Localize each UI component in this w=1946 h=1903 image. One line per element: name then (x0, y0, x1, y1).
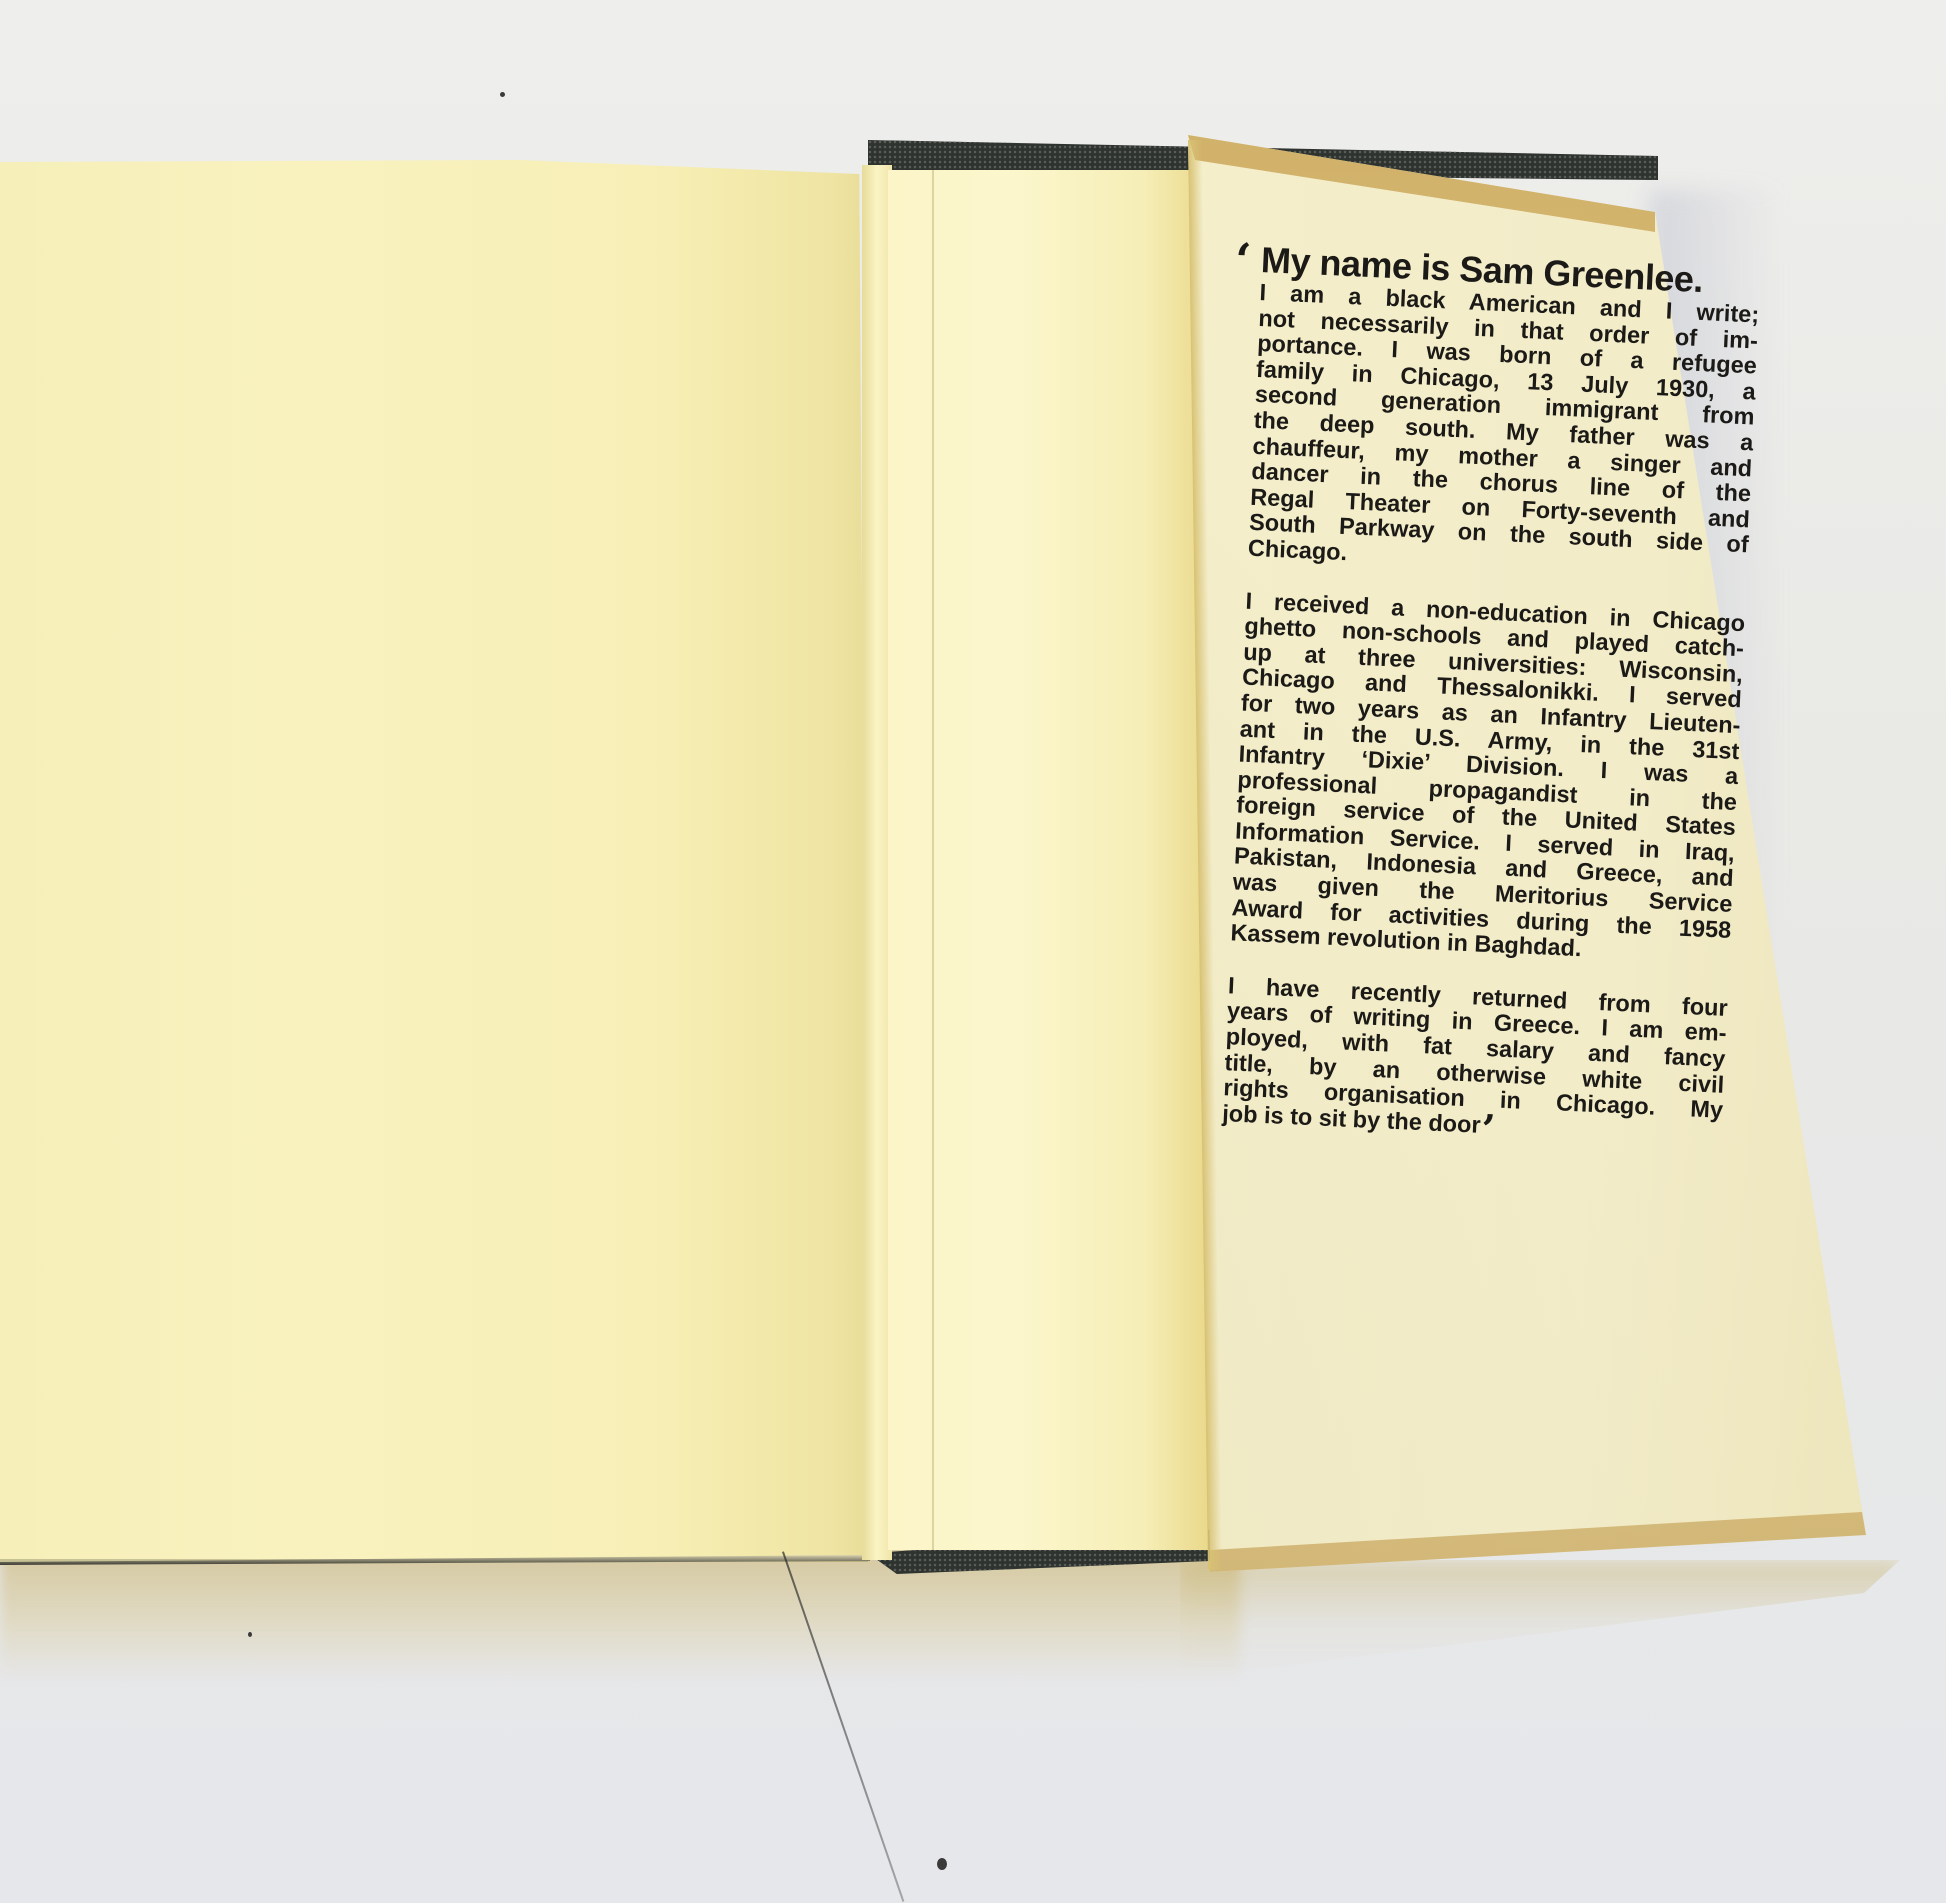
surface-speck (248, 1632, 252, 1637)
bio-paragraph-2: I received a non-education in Chicago gh… (1230, 588, 1746, 969)
surface-speck (500, 92, 505, 97)
blank-endpaper-left (0, 160, 868, 1562)
flap-bottom-shadow (1180, 1560, 1900, 1670)
surface-speck (937, 1858, 947, 1870)
photo-scene: ‘ My name is Sam Greenlee. I am a black … (0, 0, 1946, 1903)
close-quote-mark: ’ (1480, 1106, 1496, 1154)
hinge-crease (932, 170, 934, 1550)
bio-paragraph-3: I have recently returned from four years… (1222, 973, 1728, 1149)
open-quote-mark: ‘ (1234, 237, 1252, 284)
author-bio: ‘ My name is Sam Greenlee. I am a black … (1222, 240, 1762, 1149)
bio-paragraph-1: I am a black American and I write; not n… (1247, 280, 1759, 584)
inner-board-endpaper (888, 170, 1208, 1550)
